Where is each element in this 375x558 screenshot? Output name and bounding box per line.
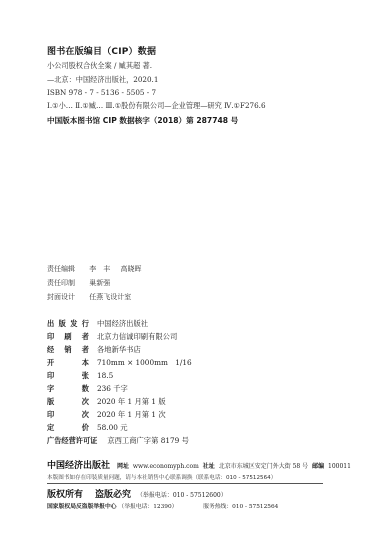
pub-row-edition: 版次2020 年 1 月第 1 版 bbox=[47, 397, 166, 407]
staff-label: 责任印制 bbox=[47, 278, 87, 288]
cip-line-isbn: ISBN 978 - 7 - 5136 - 5505 - 7 bbox=[47, 88, 156, 97]
staff-row-editor: 责任编辑 李 丰 高晓晖 bbox=[47, 264, 149, 274]
publisher-contact-line: 中国经济出版社 网址 www.economyph.com 社址 北京市东城区安定… bbox=[47, 458, 351, 471]
cip-approval-number: 中国版本图书馆 CIP 数据核字（2018）第 287748 号 bbox=[47, 115, 238, 126]
staff-value: 任燕飞设计室 bbox=[89, 292, 139, 302]
website-label: 网址 bbox=[117, 463, 129, 470]
staff-row-cover-design: 封面设计 任燕飞设计室 bbox=[47, 292, 139, 302]
pub-label: 印刷者 bbox=[47, 332, 89, 342]
pub-value: 236 千字 bbox=[97, 384, 128, 394]
pub-label: 定价 bbox=[47, 423, 89, 433]
pub-label: 出版发行 bbox=[47, 319, 89, 329]
pub-value: 710mm × 1000mm 1/16 bbox=[97, 358, 192, 368]
pub-label: 印张 bbox=[47, 371, 89, 381]
anti-piracy-center: 国家版权局反盗版举报中心 bbox=[47, 504, 117, 510]
staff-name: 李 丰 bbox=[89, 265, 110, 273]
pub-row-distributor: 经销者各地新华书店 bbox=[47, 345, 141, 355]
pub-value: 京西工商广字第 8179 号 bbox=[107, 436, 189, 446]
quality-notice: 本版图书如存在印装质量问题，请与本社销售中心联系调换（联系电话：010 - 57… bbox=[47, 473, 276, 481]
pub-row-word-count: 字数236 千字 bbox=[47, 384, 128, 394]
cip-line-title-author: 小公司股权合伙全案 / 臧其超 著. bbox=[47, 61, 152, 71]
copyright-line: 版权所有 盗版必究 （举报电话：010 - 57512600） bbox=[47, 487, 227, 500]
address-value: 北京市东城区安定门外大街 58 号 bbox=[219, 463, 308, 470]
service-hotline: 服务热线：010 - 57512564 bbox=[203, 504, 278, 510]
pub-row-ad-license: 广告经营许可证京西工商广字第 8179 号 bbox=[47, 436, 189, 446]
postcode-value: 100011 bbox=[328, 463, 351, 470]
staff-row-print-manager: 责任印制 巢新强 bbox=[47, 278, 118, 288]
pub-row-price: 定价58.00 元 bbox=[47, 423, 128, 433]
pub-row-format: 开本710mm × 1000mm 1/16 bbox=[47, 358, 192, 368]
pub-label: 开本 bbox=[47, 358, 89, 368]
pub-value: 中国经济出版社 bbox=[97, 319, 148, 329]
cip-line-publisher: —北京：中国经济出版社，2020.1 bbox=[47, 75, 158, 85]
cip-line-classification: Ⅰ.①小… Ⅱ.①臧… Ⅲ.①股份有限公司—企业管理—研究 Ⅳ.①F276.6 bbox=[47, 101, 266, 111]
pub-label: 字数 bbox=[47, 384, 89, 394]
pub-label: 经销者 bbox=[47, 345, 89, 355]
anti-piracy-line: 国家版权局反盗版举报中心 （举报电话：12390） 服务热线：010 - 575… bbox=[47, 501, 278, 510]
pub-label: 版次 bbox=[47, 397, 89, 407]
pub-row-printing: 印次2020 年 1 月第 1 次 bbox=[47, 410, 166, 420]
publisher-name: 中国经济出版社 bbox=[47, 461, 110, 471]
pub-value: 2020 年 1 月第 1 版 bbox=[97, 397, 166, 407]
staff-label: 责任编辑 bbox=[47, 264, 87, 274]
pub-value: 北京力信诚印刷有限公司 bbox=[97, 332, 177, 342]
staff-name: 巢新强 bbox=[89, 279, 110, 287]
piracy-warning: 盗版必究 bbox=[95, 490, 131, 500]
anti-piracy-phone: （举报电话：12390） bbox=[118, 504, 177, 510]
postcode-label: 邮编 bbox=[312, 463, 324, 470]
cip-title: 图书在版编目（CIP）数据 bbox=[47, 44, 156, 57]
pub-row-sheets: 印张18.5 bbox=[47, 371, 113, 381]
staff-label: 封面设计 bbox=[47, 292, 87, 302]
staff-name: 高晓晖 bbox=[120, 265, 141, 273]
pub-label: 印次 bbox=[47, 410, 89, 420]
pub-row-printer: 印刷者北京力信诚印刷有限公司 bbox=[47, 332, 177, 342]
staff-name: 任燕飞设计室 bbox=[89, 293, 131, 301]
staff-value: 巢新强 bbox=[89, 278, 118, 288]
pub-value: 18.5 bbox=[97, 371, 113, 380]
website-link[interactable]: www.economyph.com bbox=[133, 463, 199, 470]
pub-value: 各地新华书店 bbox=[97, 345, 141, 355]
pub-value: 58.00 元 bbox=[97, 423, 128, 433]
rights-reserved: 版权所有 bbox=[47, 490, 83, 500]
pub-row-publisher: 出版发行中国经济出版社 bbox=[47, 319, 148, 329]
pub-value: 2020 年 1 月第 1 次 bbox=[97, 410, 166, 420]
pub-label: 广告经营许可证 bbox=[47, 436, 97, 446]
address-label: 社址 bbox=[203, 463, 215, 470]
report-phone: （举报电话：010 - 57512600） bbox=[137, 492, 227, 499]
staff-value: 李 丰 高晓晖 bbox=[89, 264, 149, 274]
footer-divider bbox=[47, 483, 323, 484]
